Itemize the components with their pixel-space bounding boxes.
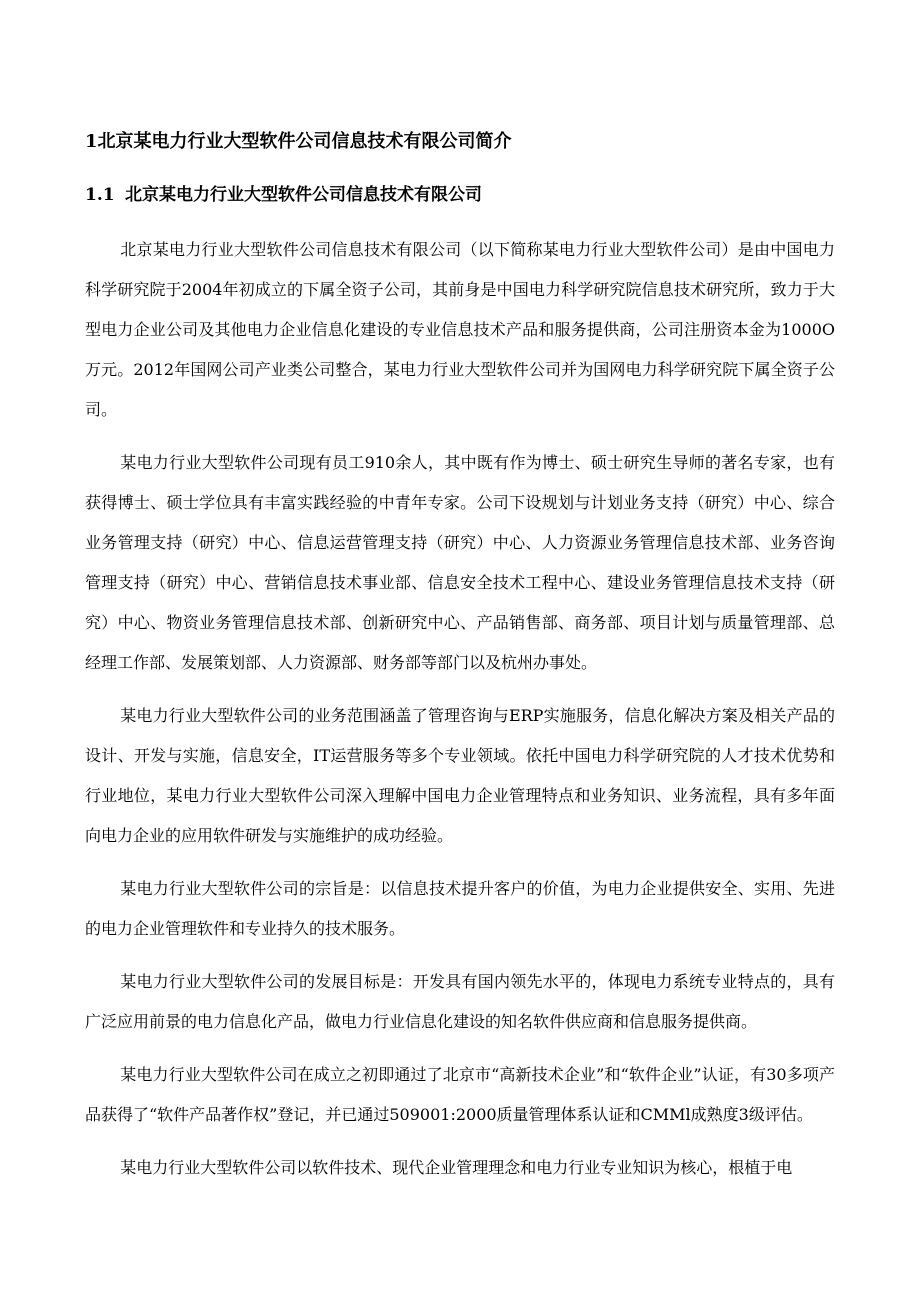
paragraph-core-continued: 某电力行业大型软件公司以软件技术、现代企业管理理念和电力行业专业知识为核心，根植…	[85, 1148, 835, 1188]
paragraph-certifications: 某电力行业大型软件公司在成立之初即通过了北京市“高新技术企业”和“软件企业”认证…	[85, 1055, 835, 1135]
paragraph-development-goal: 某电力行业大型软件公司的发展目标是：开发具有国内领先水平的，体现电力系统专业特点…	[85, 962, 835, 1042]
paragraph-staff-departments: 某电力行业大型软件公司现有员工910余人，其中既有作为博士、硕士研究生导师的著名…	[85, 443, 835, 683]
section-heading-text: 北京某电力行业大型软件公司信息技术有限公司	[125, 185, 482, 205]
paragraph-business-scope: 某电力行业大型软件公司的业务范围涵盖了管理咨询与ERP实施服务，信息化解决方案及…	[85, 696, 835, 856]
paragraph-company-intro: 北京某电力行业大型软件公司信息技术有限公司（以下简称某电力行业大型软件公司）是由…	[85, 230, 835, 430]
document-body: 北京某电力行业大型软件公司信息技术有限公司（以下简称某电力行业大型软件公司）是由…	[85, 230, 835, 1188]
section-heading: 1.1北京某电力行业大型软件公司信息技术有限公司	[85, 184, 835, 206]
paragraph-mission: 某电力行业大型软件公司的宗旨是：以信息技术提升客户的价值，为电力企业提供安全、实…	[85, 869, 835, 949]
section-heading-number: 1.1	[85, 184, 125, 206]
chapter-heading: 1北京某电力行业大型软件公司信息技术有限公司简介	[85, 130, 835, 154]
document-page: 1北京某电力行业大型软件公司信息技术有限公司简介 1.1北京某电力行业大型软件公…	[0, 0, 920, 1301]
